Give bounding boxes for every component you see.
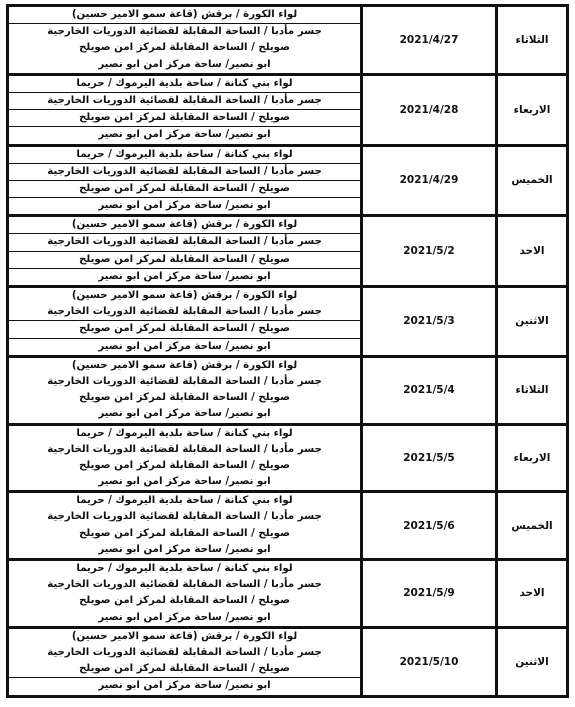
location-line: جسر مأدبا / الساحة المقابلة لقضائية الدو… — [9, 234, 360, 251]
day-cell: الثلاثاء — [497, 6, 568, 75]
location-line: لواء بني كنانة / ساحة بلدية اليرموك / حر… — [9, 561, 360, 577]
date-cell: 2021/4/28 — [362, 74, 497, 145]
location-line: ابو نصير/ ساحة مركز امن ابو نصير — [9, 269, 360, 285]
table-row: الثلاثاء 2021/4/27 لواء الكورة / برقش (ق… — [8, 6, 568, 75]
locations-cell: لواء بني كنانة / ساحة بلدية اليرموك / حر… — [8, 74, 362, 145]
location-line: جسر مأدبا / الساحة المقابلة لقضائية الدو… — [9, 645, 360, 661]
table-row: الاثنين 2021/5/10 لواء الكورة / برقش (قا… — [8, 627, 568, 696]
day-cell: الاثنين — [497, 627, 568, 696]
table-row: الثلاثاء 2021/5/4 لواء الكورة / برقش (قا… — [8, 356, 568, 424]
date-cell: 2021/5/10 — [362, 627, 497, 696]
location-line: لواء بني كنانة / ساحة بلدية اليرموك / حر… — [9, 76, 360, 93]
location-line: لواء الكورة / برقش (قاعة سمو الامير حسين… — [9, 217, 360, 234]
location-line: ابو نصير/ ساحة مركز امن ابو نصير — [9, 198, 360, 214]
day-cell: الخميس — [497, 492, 568, 560]
schedule-table-body: الثلاثاء 2021/4/27 لواء الكورة / برقش (ق… — [8, 6, 568, 697]
table-row: الاحد 2021/5/9 لواء بني كنانة / ساحة بلد… — [8, 560, 568, 628]
location-line: ابو نصير/ ساحة مركز امن ابو نصير — [9, 610, 360, 626]
location-line: لواء بني كنانة / ساحة بلدية اليرموك / حر… — [9, 493, 360, 509]
day-cell: الاحد — [497, 560, 568, 628]
location-line: صويلح / الساحة المقابلة لمركز امن صويلح — [9, 321, 360, 338]
table-row: الاربعاء 2021/5/5 لواء بني كنانة / ساحة … — [8, 424, 568, 492]
locations-cell: لواء بني كنانة / ساحة بلدية اليرموك / حر… — [8, 492, 362, 560]
locations-cell: لواء بني كنانة / ساحة بلدية اليرموك / حر… — [8, 560, 362, 628]
location-line: لواء الكورة / برقش (قاعة سمو الامير حسين… — [9, 7, 360, 24]
locations-cell: لواء الكورة / برقش (قاعة سمو الامير حسين… — [8, 216, 362, 287]
table-row: الخميس 2021/4/29 لواء بني كنانة / ساحة ب… — [8, 145, 568, 216]
location-line: جسر مأدبا / الساحة المقابلة لقضائية الدو… — [9, 374, 360, 390]
date-cell: 2021/4/27 — [362, 6, 497, 75]
location-line: جسر مأدبا / الساحة المقابلة لقضائية الدو… — [9, 164, 360, 181]
locations-cell: لواء الكورة / برقش (قاعة سمو الامير حسين… — [8, 287, 362, 357]
date-cell: 2021/5/3 — [362, 287, 497, 357]
location-line: لواء الكورة / برقش (قاعة سمو الامير حسين… — [9, 629, 360, 645]
day-cell: الخميس — [497, 145, 568, 216]
location-line: صويلح / الساحة المقابلة لمركز امن صويلح — [9, 458, 360, 474]
location-line: جسر مأدبا / الساحة المقابلة لقضائية الدو… — [9, 442, 360, 458]
location-line: صويلح / الساحة المقابلة لمركز امن صويلح — [9, 593, 360, 609]
location-line: جسر مأدبا / الساحة المقابلة لقضائية الدو… — [9, 509, 360, 525]
locations-cell: لواء الكورة / برقش (قاعة سمو الامير حسين… — [8, 6, 362, 75]
table-row: الخميس 2021/5/6 لواء بني كنانة / ساحة بل… — [8, 492, 568, 560]
location-line: ابو نصير/ ساحة مركز امن ابو نصير — [9, 474, 360, 490]
day-cell: الثلاثاء — [497, 356, 568, 424]
table-row: الاثنين 2021/5/3 لواء الكورة / برقش (قاع… — [8, 287, 568, 357]
date-cell: 2021/5/6 — [362, 492, 497, 560]
location-line: ابو نصير/ ساحة مركز امن ابو نصير — [9, 57, 360, 73]
location-line: جسر مأدبا / الساحة المقابلة لقضائية الدو… — [9, 577, 360, 593]
date-cell: 2021/4/29 — [362, 145, 497, 216]
locations-cell: لواء بني كنانة / ساحة بلدية اليرموك / حر… — [8, 145, 362, 216]
locations-cell: لواء الكورة / برقش (قاعة سمو الامير حسين… — [8, 627, 362, 696]
location-line: صويلح / الساحة المقابلة لمركز امن صويلح — [9, 110, 360, 127]
schedule-document: الثلاثاء 2021/4/27 لواء الكورة / برقش (ق… — [6, 4, 569, 698]
location-line: لواء بني كنانة / ساحة بلدية اليرموك / حر… — [9, 426, 360, 442]
location-line: صويلح / الساحة المقابلة لمركز امن صويلح — [9, 181, 360, 198]
location-line: لواء الكورة / برقش (قاعة سمو الامير حسين… — [9, 358, 360, 374]
location-line: صويلح / الساحة المقابلة لمركز امن صويلح — [9, 661, 360, 678]
location-line: ابو نصير/ ساحة مركز امن ابو نصير — [9, 339, 360, 355]
location-line: لواء الكورة / برقش (قاعة سمو الامير حسين… — [9, 288, 360, 304]
table-row: الاربعاء 2021/4/28 لواء بني كنانة / ساحة… — [8, 74, 568, 145]
day-cell: الاثنين — [497, 287, 568, 357]
location-line: جسر مأدبا / الساحة المقابلة لقضائية الدو… — [9, 304, 360, 321]
day-cell: الاربعاء — [497, 74, 568, 145]
day-cell: الاحد — [497, 216, 568, 287]
location-line: لواء بني كنانة / ساحة بلدية اليرموك / حر… — [9, 147, 360, 164]
location-line: ابو نصير/ ساحة مركز امن ابو نصير — [9, 127, 360, 143]
location-line: صويلح / الساحة المقابلة لمركز امن صويلح — [9, 252, 360, 269]
location-line: ابو نصير/ ساحة مركز امن ابو نصير — [9, 542, 360, 558]
table-row: الاحد 2021/5/2 لواء الكورة / برقش (قاعة … — [8, 216, 568, 287]
location-line: جسر مأدبا / الساحة المقابلة لقضائية الدو… — [9, 24, 360, 40]
locations-cell: لواء الكورة / برقش (قاعة سمو الامير حسين… — [8, 356, 362, 424]
locations-cell: لواء بني كنانة / ساحة بلدية اليرموك / حر… — [8, 424, 362, 492]
date-cell: 2021/5/4 — [362, 356, 497, 424]
day-cell: الاربعاء — [497, 424, 568, 492]
date-cell: 2021/5/2 — [362, 216, 497, 287]
date-cell: 2021/5/9 — [362, 560, 497, 628]
location-line: ابو نصير/ ساحة مركز امن ابو نصير — [9, 406, 360, 422]
location-line: جسر مأدبا / الساحة المقابلة لقضائية الدو… — [9, 93, 360, 110]
location-line: ابو نصير/ ساحة مركز امن ابو نصير — [9, 678, 360, 694]
location-line: صويلح / الساحة المقابلة لمركز امن صويلح — [9, 526, 360, 542]
date-cell: 2021/5/5 — [362, 424, 497, 492]
location-line: صويلح / الساحة المقابلة لمركز امن صويلح — [9, 40, 360, 56]
schedule-table: الثلاثاء 2021/4/27 لواء الكورة / برقش (ق… — [6, 4, 569, 698]
location-line: صويلح / الساحة المقابلة لمركز امن صويلح — [9, 390, 360, 406]
